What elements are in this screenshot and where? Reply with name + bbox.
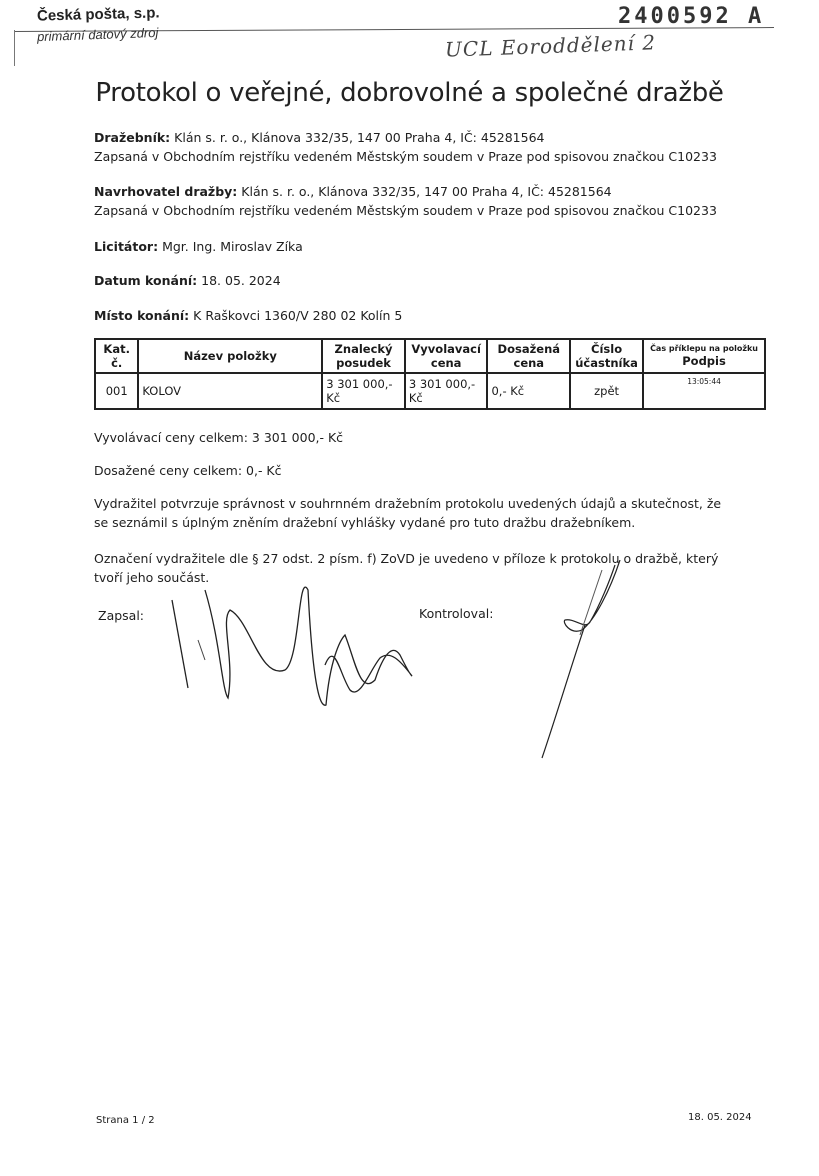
proposer-block: Navrhovatel dražby: Klán s. r. o., Kláno… <box>94 182 717 220</box>
header-sign-label: Podpis <box>682 354 726 368</box>
auctioneer-registration: Zapsaná v Obchodním rejstříku vedeném Mě… <box>94 147 717 166</box>
auctioneer-label: Dražebník: <box>94 130 170 145</box>
total-start: Vyvolávací ceny celkem: 3 301 000,- Kč <box>94 428 343 447</box>
footer-page-number: Strana 1 / 2 <box>96 1115 155 1126</box>
header-reached: Dosažená cena <box>487 339 570 373</box>
header-sign: Čas příklepu na položku Podpis <box>643 339 765 373</box>
stamp-issuer: Česká pošta, s.p. <box>37 4 160 24</box>
cell-name: KOLOV <box>138 373 322 409</box>
cell-time: 13:05:44 <box>647 377 761 386</box>
auctioneer-value: Klán s. r. o., Klánova 332/35, 147 00 Pr… <box>174 130 544 145</box>
place-value: K Raškovci 1360/V 280 02 Kolín 5 <box>193 308 402 323</box>
date-label: Datum konání: <box>94 273 197 288</box>
signature-checked-icon <box>500 560 640 760</box>
header-cat: Kat. č. <box>95 339 138 373</box>
date-row: Datum konání: 18. 05. 2024 <box>94 271 281 290</box>
stamp-border-left <box>14 30 15 66</box>
checked-by-label: Kontroloval: <box>419 604 493 623</box>
stamp-subtitle: primární datový zdroj <box>37 25 159 44</box>
header-participant: Číslo účastníka <box>570 339 643 373</box>
cell-cat: 001 <box>95 373 138 409</box>
header-sign-small: Čas příklepu na položku <box>647 344 761 354</box>
stamp-number: 2400592 A <box>618 4 764 29</box>
licitator-label: Licitátor: <box>94 239 158 254</box>
header-expert: Znalecký posudek <box>322 339 405 373</box>
handwritten-note: UCL Eoroddělení 2 <box>445 30 657 61</box>
place-label: Místo konání: <box>94 308 189 323</box>
items-table: Kat. č. Název položky Znalecký posudek V… <box>94 338 766 410</box>
cell-sign: 13:05:44 <box>643 373 765 409</box>
licitator-value: Mgr. Ing. Miroslav Zíka <box>162 239 303 254</box>
statement-confirmation: Vydražitel potvrzuje správnost v souhrnn… <box>94 494 734 532</box>
recorded-by-label: Zapsal: <box>98 606 144 625</box>
signature-recorded-icon <box>150 580 430 730</box>
cell-participant: zpět <box>570 373 643 409</box>
table-row: 001 KOLOV 3 301 000,- Kč 3 301 000,- Kč … <box>95 373 765 409</box>
auctioneer-block: Dražebník: Klán s. r. o., Klánova 332/35… <box>94 128 717 166</box>
header-name: Název položky <box>138 339 322 373</box>
total-reached: Dosažené ceny celkem: 0,- Kč <box>94 461 282 480</box>
document-title: Protokol o veřejné, dobrovolné a společn… <box>0 78 819 108</box>
proposer-registration: Zapsaná v Obchodním rejstříku vedeném Mě… <box>94 201 717 220</box>
proposer-value: Klán s. r. o., Klánova 332/35, 147 00 Pr… <box>241 184 611 199</box>
cell-start: 3 301 000,- Kč <box>405 373 488 409</box>
table-header-row: Kat. č. Název položky Znalecký posudek V… <box>95 339 765 373</box>
header-start: Vyvolavací cena <box>405 339 488 373</box>
place-row: Místo konání: K Raškovci 1360/V 280 02 K… <box>94 306 402 325</box>
cell-reached: 0,- Kč <box>487 373 570 409</box>
proposer-label: Navrhovatel dražby: <box>94 184 237 199</box>
cell-expert: 3 301 000,- Kč <box>322 373 405 409</box>
licitator-row: Licitátor: Mgr. Ing. Miroslav Zíka <box>94 237 303 256</box>
footer-date: 18. 05. 2024 <box>688 1112 752 1123</box>
date-value: 18. 05. 2024 <box>201 273 281 288</box>
